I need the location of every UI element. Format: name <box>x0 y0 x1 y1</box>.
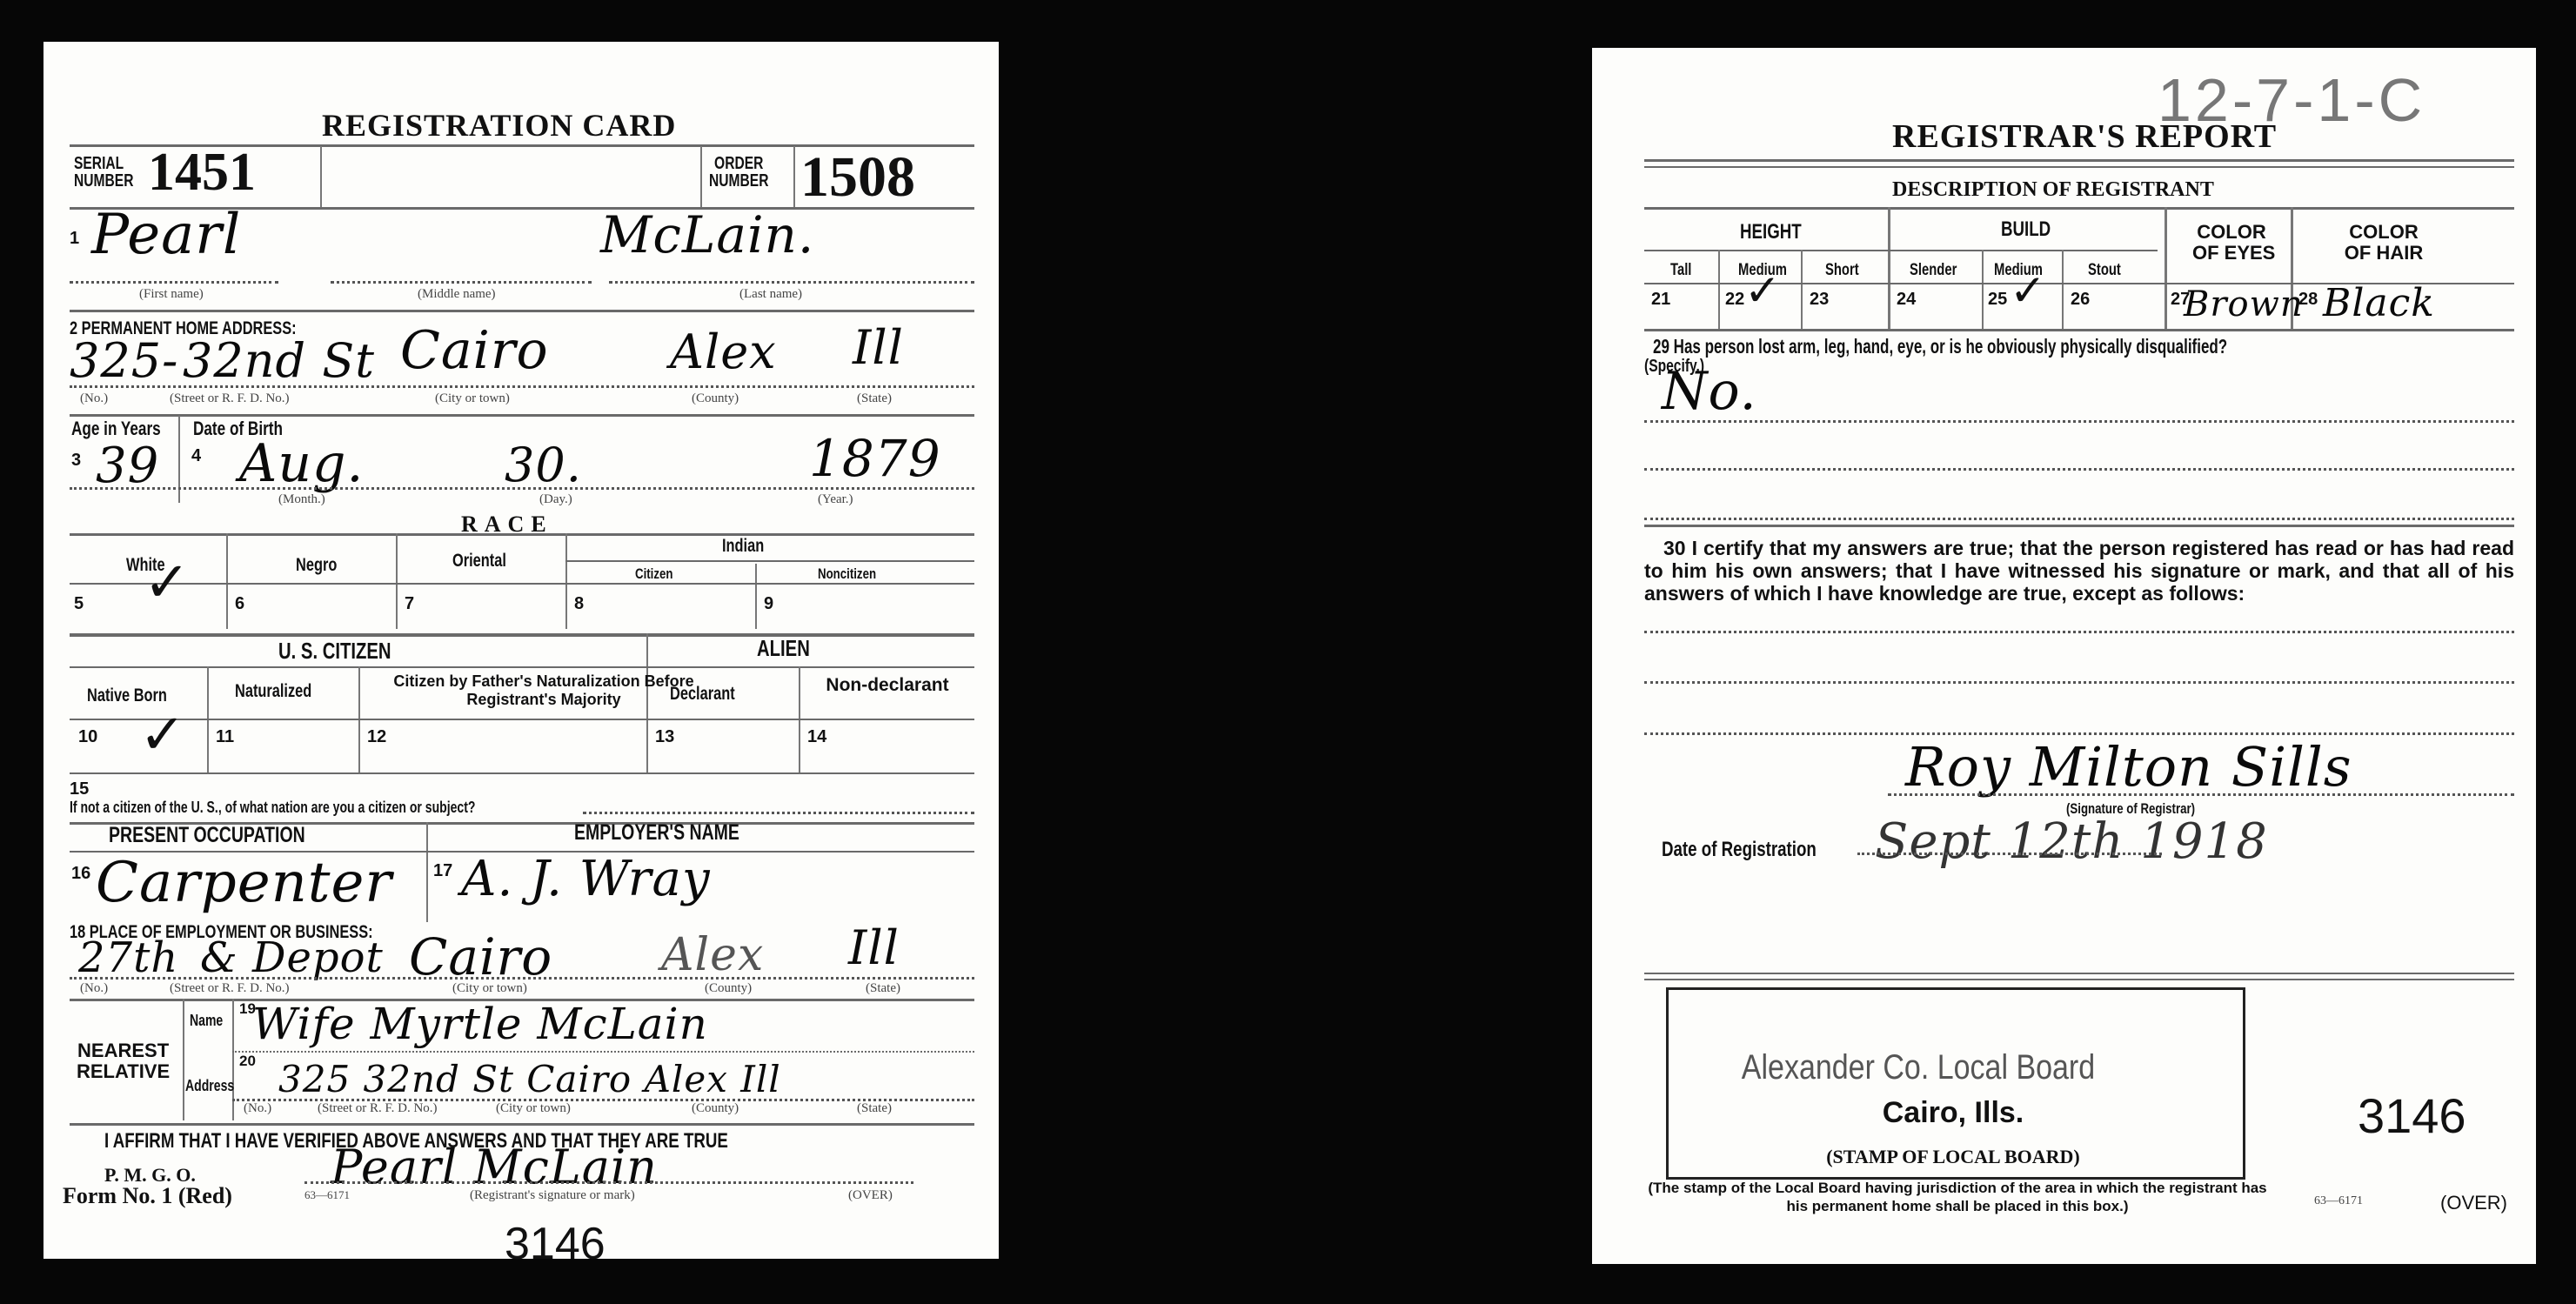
relative-name-label: Name <box>190 1012 223 1030</box>
address-caption-street: (Street or R. F. D. No.) <box>170 391 290 406</box>
hair-color-value: Black <box>2323 281 2435 325</box>
stamp-number-left: 3146 <box>505 1218 606 1270</box>
relative-caption-county: (County) <box>692 1101 739 1116</box>
alien-col-nondeclarant: Non-declarant <box>822 675 953 696</box>
height-medium-checkmark: ✓ <box>1744 265 1781 316</box>
occupation-value: Carpenter <box>96 851 392 915</box>
middle-name-caption: (Middle name) <box>418 287 496 302</box>
employment-street: & Depot <box>200 933 384 982</box>
field-number: 25 <box>1988 290 2007 310</box>
relative-address-label: Address <box>185 1077 234 1095</box>
field-number: 3 <box>71 451 81 471</box>
serial-label: SERIAL NUMBER <box>74 155 133 190</box>
home-address-state: Ill <box>853 320 904 375</box>
employment-caption-no: (No.) <box>80 981 108 996</box>
citizen-col-naturalized: Naturalized <box>235 681 311 702</box>
build-title: BUILD <box>2001 217 2051 242</box>
date-of-registration-label: Date of Registration <box>1662 838 1817 862</box>
eye-color-value: Brown <box>2184 284 2304 324</box>
nation-question: If not a citizen of the U. S., of what n… <box>70 799 475 817</box>
address-caption-county: (County) <box>692 391 739 406</box>
first-name-caption: (First name) <box>139 287 204 302</box>
citizen-col-father: Citizen by Father's Naturalization Befor… <box>374 672 713 709</box>
date-of-registration-value: Sept 12th 1918 <box>1875 813 2268 870</box>
stamp-note: (The stamp of the Local Board having jur… <box>1644 1179 2271 1215</box>
home-address-city: Cairo <box>400 320 549 381</box>
relative-caption-street: (Street or R. F. D. No.) <box>318 1101 438 1116</box>
native-born-checkmark: ✓ <box>139 703 186 767</box>
over-label-right: (OVER) <box>2440 1192 2507 1214</box>
relative-address-value: 325 32nd St Cairo Alex Ill <box>278 1058 781 1100</box>
race-col-negro: Negro <box>296 555 337 576</box>
hair-color-label: COLOR OF HAIR <box>2336 222 2432 264</box>
dob-caption-year: (Year.) <box>818 492 853 507</box>
dob-caption-day: (Day.) <box>539 492 572 507</box>
field-number: 1 <box>70 229 79 249</box>
relative-name-value: Wife Myrtle McLain <box>252 999 708 1049</box>
race-col-indian-citizen: Citizen <box>635 565 672 583</box>
employment-county: Alex <box>661 929 764 981</box>
last-name: McLain. <box>600 205 814 264</box>
card-title: REGISTRATION CARD <box>322 107 676 144</box>
field-number: 20 <box>239 1053 256 1070</box>
field-number: 9 <box>764 594 773 614</box>
first-name: Pearl <box>91 203 241 267</box>
stamp-number-right: 3146 <box>2358 1087 2466 1144</box>
field-number: 14 <box>807 727 826 747</box>
employment-state: Ill <box>848 920 900 975</box>
registrar-signature: Roy Milton Sills <box>1905 735 2352 799</box>
height-col-tall: Tall <box>1670 261 1691 280</box>
alien-title: ALIEN <box>757 635 810 662</box>
field-number: 21 <box>1651 290 1670 310</box>
age-value: 39 <box>96 438 159 494</box>
question-30: 30 I certify that my answers are true; t… <box>1644 537 2514 605</box>
order-number: 1508 <box>800 144 915 211</box>
field-number: 6 <box>235 594 244 614</box>
hair-color-label-2: OF HAIR <box>2336 243 2432 264</box>
dob-caption-month: (Month.) <box>278 492 325 507</box>
field-number: 8 <box>574 594 584 614</box>
employment-caption-street: (Street or R. F. D. No.) <box>170 981 290 996</box>
field-number: 26 <box>2071 290 2090 310</box>
registration-card-front: REGISTRATION CARD SERIAL NUMBER 1451 ORD… <box>43 42 999 1259</box>
field-number: 5 <box>74 594 84 614</box>
employment-caption-county: (County) <box>705 981 752 996</box>
nearest-relative-label-1: NEAREST <box>77 1040 170 1061</box>
over-label: (OVER) <box>848 1188 893 1203</box>
signature-caption: (Registrant's signature or mark) <box>470 1188 635 1203</box>
race-col-oriental: Oriental <box>452 551 506 572</box>
order-label-line2: NUMBER <box>709 172 768 190</box>
question-29: 29 Has person lost arm, leg, hand, eye, … <box>1653 335 2227 358</box>
address-caption-state: (State) <box>857 391 892 406</box>
field-number: 22 <box>1725 290 1744 310</box>
race-indian-label: Indian <box>722 536 764 557</box>
stamp-line-2: Cairo, Ills. <box>1666 1096 2240 1130</box>
dob-day: 30. <box>505 438 582 492</box>
eye-color-label-2: OF EYES <box>2192 243 2271 264</box>
print-code: 63—6171 <box>304 1188 350 1202</box>
question-29-answer: No. <box>1662 361 1757 422</box>
us-citizen-title: U. S. CITIZEN <box>278 638 391 665</box>
field-number: 15 <box>70 779 89 799</box>
employer-value: A. J. Wray <box>461 851 711 907</box>
stamp-line-1: Alexander Co. Local Board <box>1704 1048 2133 1087</box>
race-col-indian-noncitizen: Noncitizen <box>818 565 876 583</box>
employment-caption-city: (City or town) <box>452 981 527 996</box>
nearest-relative-label-2: RELATIVE <box>77 1061 170 1082</box>
field-number: 28 <box>2298 290 2318 310</box>
serial-label-line2: NUMBER <box>74 172 133 190</box>
address-caption-no: (No.) <box>80 391 108 406</box>
field-number: 4 <box>191 446 201 466</box>
field-number: 16 <box>71 864 90 884</box>
home-address-no: 325- <box>70 333 178 388</box>
registrant-signature: Pearl McLain <box>331 1140 658 1194</box>
last-name-caption: (Last name) <box>739 287 802 302</box>
occupation-label: PRESENT OCCUPATION <box>109 823 305 848</box>
home-address-street: 32nd St <box>183 333 375 388</box>
order-label-line1: ORDER <box>709 155 768 172</box>
dob-year: 1879 <box>809 429 941 488</box>
field-number: 17 <box>433 861 452 881</box>
nearest-relative-label: NEAREST RELATIVE <box>77 1040 170 1082</box>
height-col-short: Short <box>1825 261 1859 280</box>
white-checkmark: ✓ <box>144 551 191 615</box>
address-caption-city: (City or town) <box>435 391 510 406</box>
order-label: ORDER NUMBER <box>709 155 768 190</box>
field-number: 12 <box>367 727 386 747</box>
employer-label: EMPLOYER'S NAME <box>574 820 739 846</box>
print-code-right: 63—6171 <box>2314 1194 2363 1208</box>
relative-caption-state: (State) <box>857 1101 892 1116</box>
field-number: 10 <box>78 727 97 747</box>
employment-caption-state: (State) <box>866 981 900 996</box>
eye-color-label-1: COLOR <box>2192 222 2271 243</box>
employment-no: 27th <box>78 933 178 982</box>
description-subtitle: DESCRIPTION OF REGISTRANT <box>1892 178 2214 202</box>
relative-caption-no: (No.) <box>244 1101 271 1116</box>
build-medium-checkmark: ✓ <box>2010 265 2046 316</box>
registrars-report-back: 12-7-1-C REGISTRAR'S REPORT DESCRIPTION … <box>1592 48 2536 1264</box>
field-number: 23 <box>1810 290 1829 310</box>
report-title: REGISTRAR'S REPORT <box>1892 117 2277 156</box>
stamp-caption: (STAMP OF LOCAL BOARD) <box>1666 1146 2240 1168</box>
dob-month: Aug. <box>239 433 364 494</box>
alien-col-declarant: Declarant <box>670 684 735 705</box>
build-col-stout: Stout <box>2088 261 2121 280</box>
relative-caption-city: (City or town) <box>496 1101 571 1116</box>
serial-number: 1451 <box>148 142 256 204</box>
form-number-label: Form No. 1 (Red) <box>63 1183 232 1209</box>
field-number: 7 <box>405 594 414 614</box>
field-number: 24 <box>1897 290 1916 310</box>
home-address-county: Alex <box>670 324 777 379</box>
field-number: 11 <box>216 727 234 747</box>
height-title: HEIGHT <box>1740 220 1802 244</box>
eye-color-label: COLOR OF EYES <box>2192 222 2271 264</box>
serial-label-line1: SERIAL <box>74 155 133 172</box>
build-col-slender: Slender <box>1910 261 1957 280</box>
field-number: 13 <box>655 727 674 747</box>
hair-color-label-1: COLOR <box>2336 222 2432 243</box>
